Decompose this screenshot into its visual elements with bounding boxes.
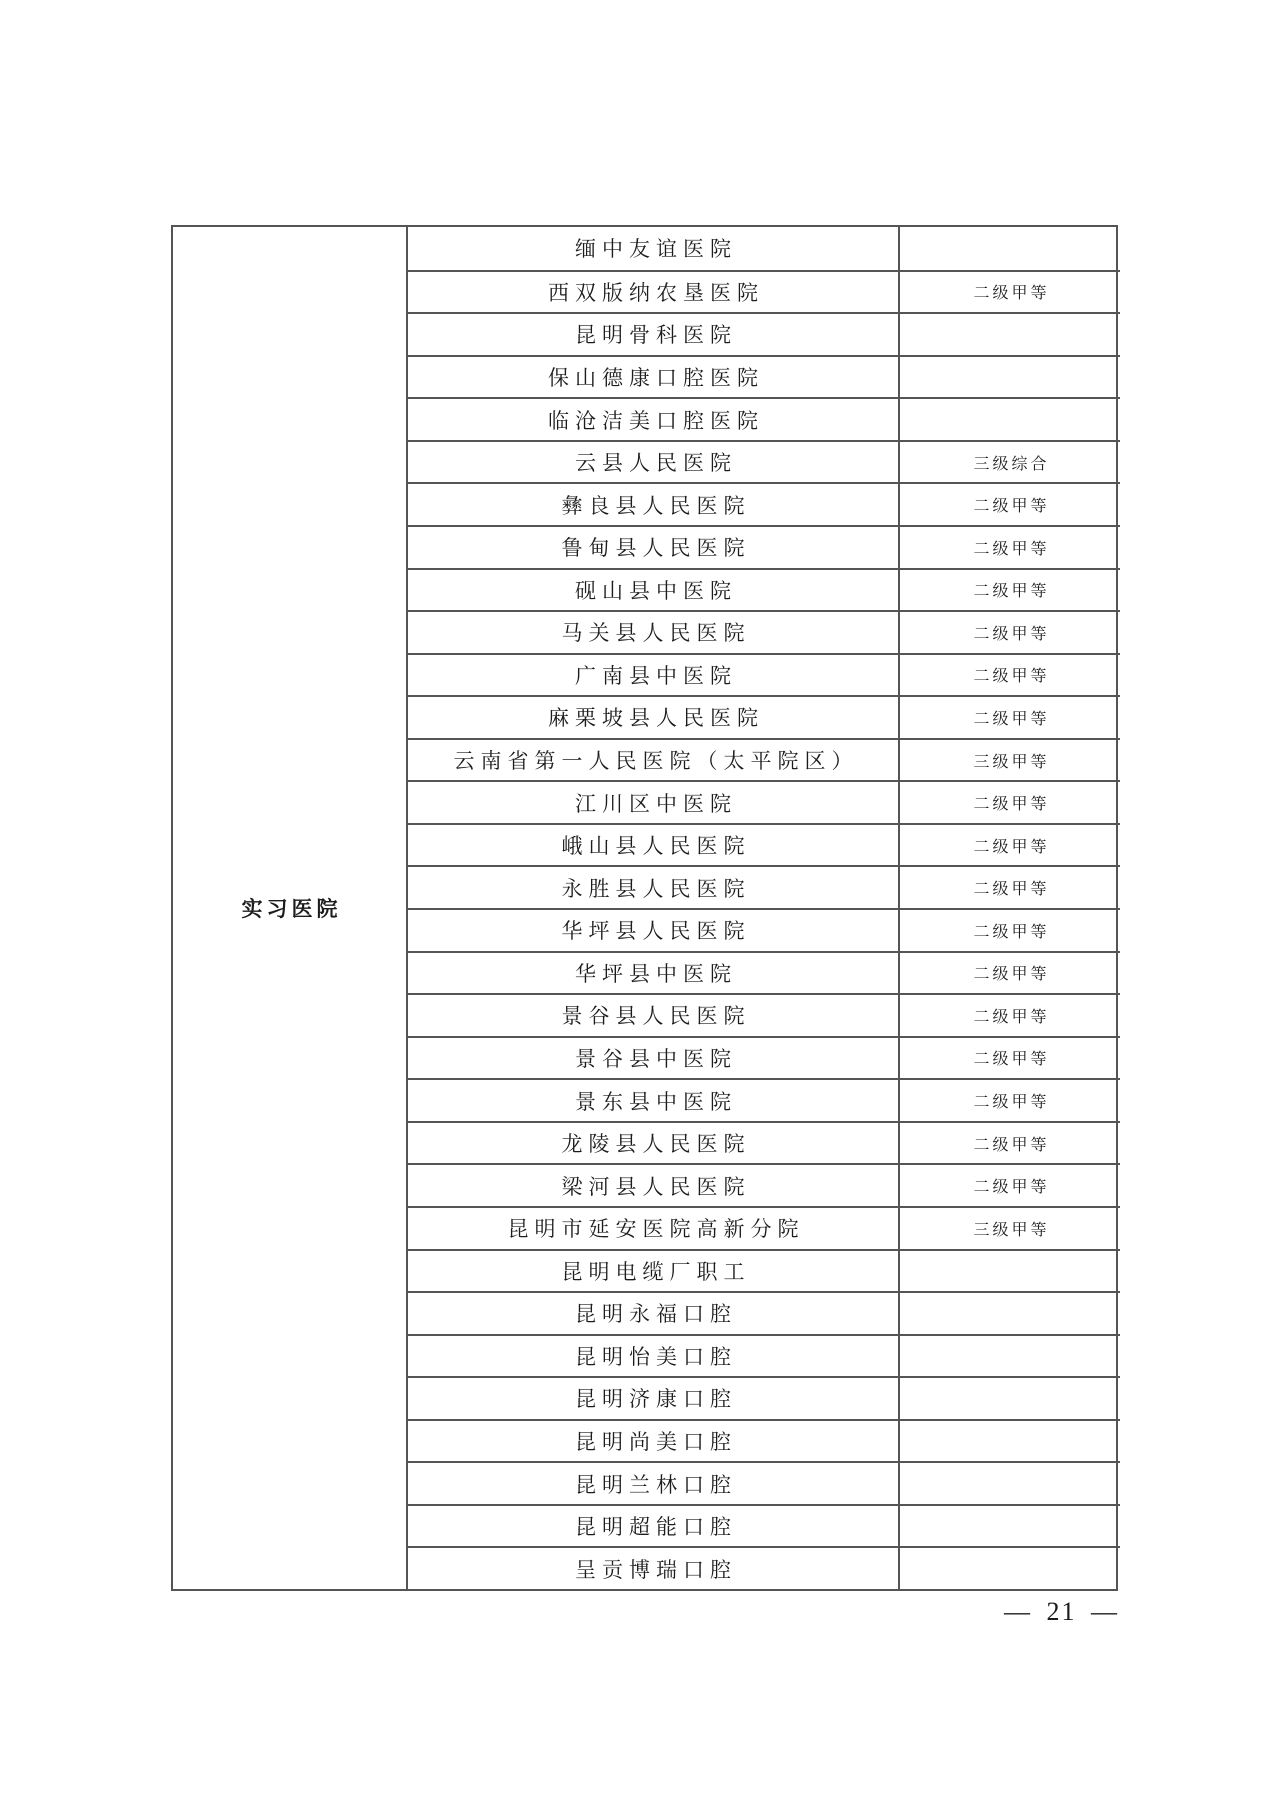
hospital-name-cell: 缅中友谊医院 [406,227,898,270]
hospital-name-cell: 彝良县人民医院 [406,482,898,525]
hospital-grade-cell: 二级甲等 [898,951,1120,994]
internship-hospital-table: 实习医院 缅中友谊医院西双版纳农垦医院二级甲等昆明骨科医院保山德康口腔医院临沧洁… [171,225,1118,1591]
hospital-name-cell: 华坪县人民医院 [406,908,898,951]
hospital-grade-cell [898,355,1120,398]
hospital-name-cell: 昆明怡美口腔 [406,1334,898,1377]
hospital-name-cell: 景东县中医院 [406,1078,898,1121]
hospital-name-cell: 峨山县人民医院 [406,823,898,866]
hospital-grade-cell: 二级甲等 [898,482,1120,525]
hospital-name-cell: 景谷县中医院 [406,1036,898,1079]
hospital-grade-cell [898,1419,1120,1462]
hospital-grade-cell [898,1461,1120,1504]
hospital-name-cell: 鲁甸县人民医院 [406,525,898,568]
hospital-grade-cell: 二级甲等 [898,865,1120,908]
hospital-grade-cell [898,1249,1120,1292]
hospital-grade-cell: 二级甲等 [898,1036,1120,1079]
hospital-name-cell: 昆明市延安医院高新分院 [406,1206,898,1249]
page-number: — 21 — [1004,1597,1119,1627]
hospital-name-cell: 华坪县中医院 [406,951,898,994]
hospital-name-cell: 景谷县人民医院 [406,993,898,1036]
hospital-grade-cell [898,1376,1120,1419]
hospital-grade-cell: 二级甲等 [898,823,1120,866]
hospital-grade-cell: 二级甲等 [898,1078,1120,1121]
hospital-grade-cell [898,1504,1120,1547]
hospital-grade-cell: 二级甲等 [898,908,1120,951]
hospital-grade-cell [898,1334,1120,1377]
hospital-name-cell: 龙陵县人民医院 [406,1121,898,1164]
hospital-grade-cell: 三级甲等 [898,738,1120,781]
hospital-name-cell: 广南县中医院 [406,653,898,696]
hospital-name-cell: 麻栗坡县人民医院 [406,695,898,738]
hospital-name-cell: 保山德康口腔医院 [406,355,898,398]
hospital-grade-cell: 二级甲等 [898,1121,1120,1164]
hospital-name-cell: 梁河县人民医院 [406,1163,898,1206]
hospital-grade-cell: 二级甲等 [898,610,1120,653]
hospital-grade-cell: 二级甲等 [898,525,1120,568]
hospital-name-cell: 江川区中医院 [406,780,898,823]
hospital-grade-cell: 二级甲等 [898,780,1120,823]
hospital-grade-cell: 二级甲等 [898,1163,1120,1206]
hospital-grade-cell: 二级甲等 [898,695,1120,738]
hospital-name-cell: 马关县人民医院 [406,610,898,653]
hospital-name-cell: 昆明尚美口腔 [406,1419,898,1462]
hospital-name-cell: 砚山县中医院 [406,568,898,611]
hospital-grade-cell: 三级甲等 [898,1206,1120,1249]
document-page: 实习医院 缅中友谊医院西双版纳农垦医院二级甲等昆明骨科医院保山德康口腔医院临沧洁… [0,0,1280,1809]
hospital-name-cell: 呈贡博瑞口腔 [406,1546,898,1589]
hospital-grade-cell [898,1291,1120,1334]
hospital-grade-cell [898,1546,1120,1589]
hospital-grade-cell [898,312,1120,355]
hospital-name-cell: 昆明电缆厂职工 [406,1249,898,1292]
hospital-name-cell: 昆明超能口腔 [406,1504,898,1547]
hospital-grade-cell [898,397,1120,440]
hospital-grade-cell: 二级甲等 [898,653,1120,696]
hospital-name-cell: 昆明济康口腔 [406,1376,898,1419]
hospital-name-cell: 临沧洁美口腔医院 [406,397,898,440]
hospital-grade-cell [898,227,1120,270]
hospital-name-cell: 昆明兰林口腔 [406,1461,898,1504]
hospital-name-cell: 昆明永福口腔 [406,1291,898,1334]
row-header-internship-hospital: 实习医院 [173,227,406,1589]
hospital-name-cell: 永胜县人民医院 [406,865,898,908]
hospital-grade-cell: 三级综合 [898,440,1120,483]
hospital-name-cell: 昆明骨科医院 [406,312,898,355]
hospital-grade-cell: 二级甲等 [898,568,1120,611]
hospital-name-cell: 西双版纳农垦医院 [406,270,898,313]
hospital-name-cell: 云南省第一人民医院（太平院区） [406,738,898,781]
hospital-grade-cell: 二级甲等 [898,270,1120,313]
hospital-name-cell: 云县人民医院 [406,440,898,483]
hospital-grade-cell: 二级甲等 [898,993,1120,1036]
